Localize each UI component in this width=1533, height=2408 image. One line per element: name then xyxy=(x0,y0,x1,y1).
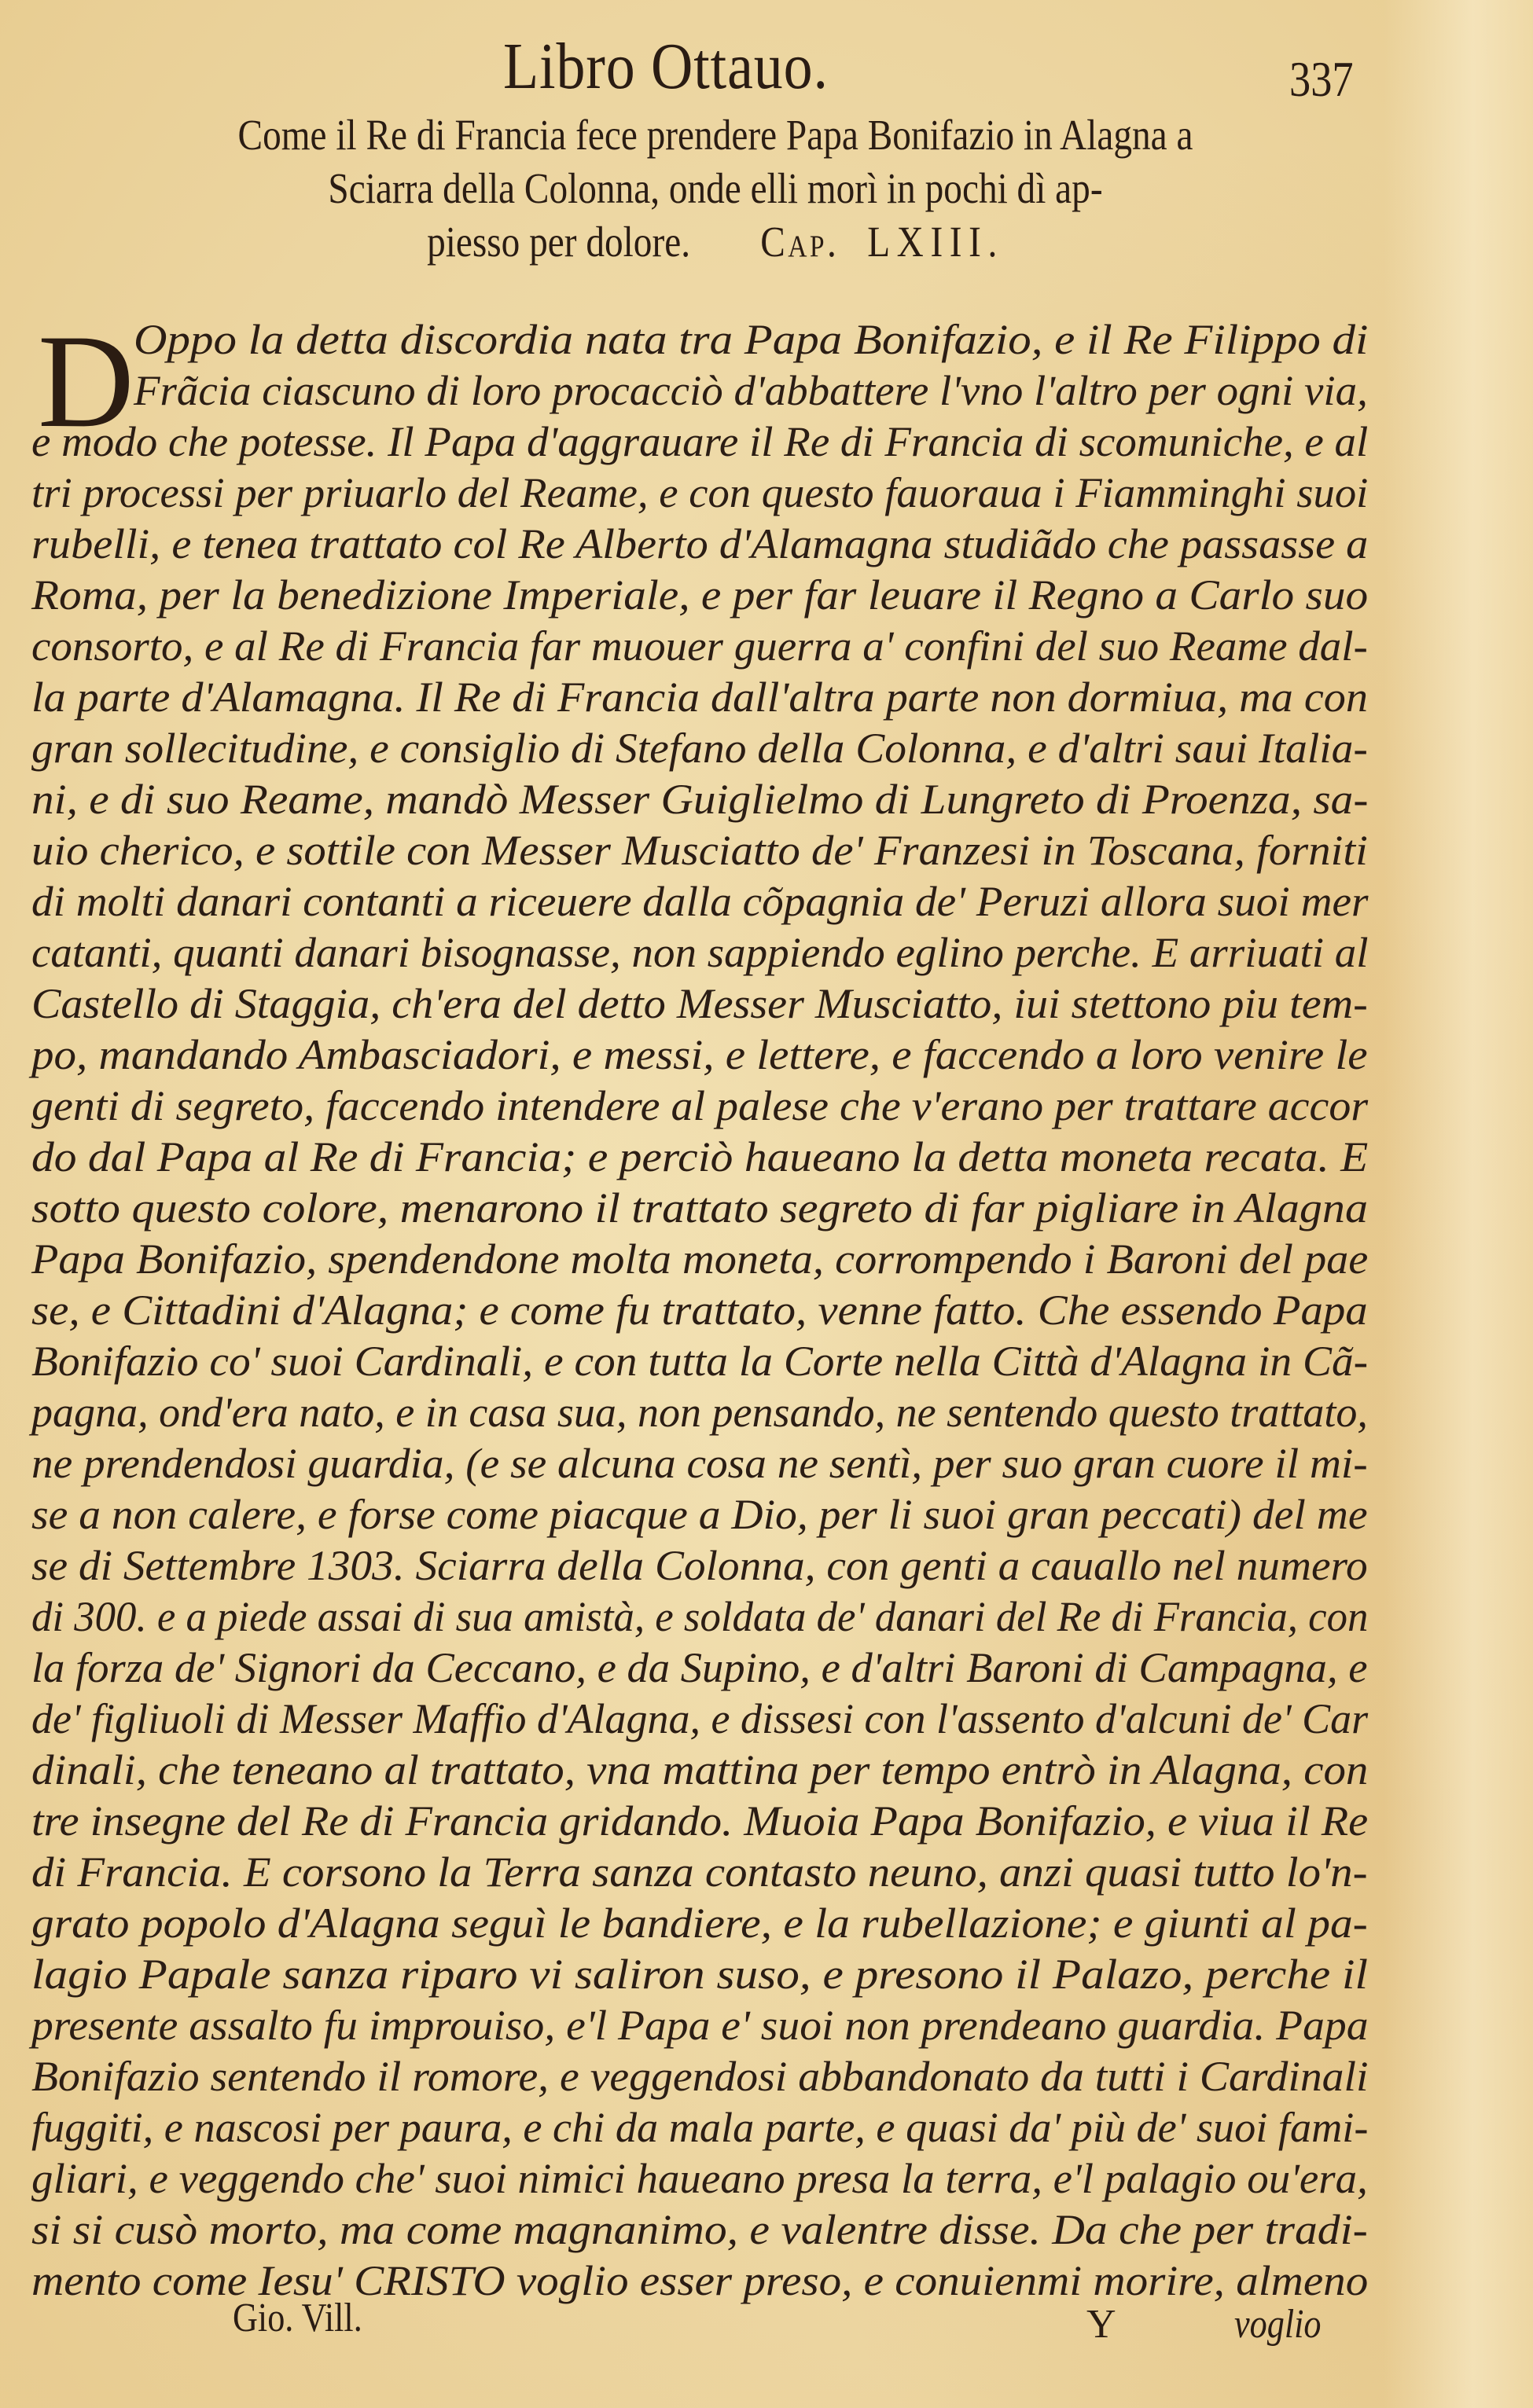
text-line: grato popolo d'Alagna seguì le bandiere,… xyxy=(31,1898,1453,1949)
text-line: Papa Bonifazio, spendendone molta moneta… xyxy=(31,1234,1426,1285)
text-line: la parte d'Alamagna. Il Re di Francia da… xyxy=(31,672,1422,723)
text-line: di 300. e a piede assai di sua amistà, e… xyxy=(31,1591,1338,1643)
text-line: se a non calere, e forse come piacque a … xyxy=(31,1489,1407,1540)
text-line: di Francia. E corsono la Terra sanza con… xyxy=(31,1847,1438,1898)
text-line: ne prendendosi guardia, (e se alcuna cos… xyxy=(31,1438,1401,1489)
text-line: se, e Cittadini d'Alagna; e come fu trat… xyxy=(31,1285,1438,1336)
text-line: catanti, quanti danari bisognasse, non s… xyxy=(31,927,1392,978)
text-line: lagio Papale sanza riparo vi saliron sus… xyxy=(31,1949,1498,2000)
page-number: 337 xyxy=(1289,50,1354,108)
chapter-number: LXIII. xyxy=(867,215,1004,269)
text-line: la forza de' Signori da Ceccano, e da Su… xyxy=(31,1643,1382,1694)
text-line: uio cherico, e sottile con Messer Muscia… xyxy=(31,825,1435,876)
chapter-heading-line-last: piesso per dolore. Cap. LXIII. xyxy=(161,215,1270,269)
text-line: fuggiti, e nascosi per paura, e chi da m… xyxy=(31,2102,1374,2153)
text-line: presente assalto fu improuiso, e'l Papa … xyxy=(31,2000,1407,2051)
signature-line: Gio. Vill. xyxy=(233,2295,362,2341)
chapter-heading-line: piesso per dolore. xyxy=(427,218,690,266)
text-line: Oppo la detta discordia nata tra Papa Bo… xyxy=(31,314,1490,365)
text-line: Bonifazio co' suoi Cardinali, e con tutt… xyxy=(31,1336,1403,1387)
text-line: rubelli, e tenea trattato col Re Alberto… xyxy=(31,519,1425,570)
text-line: do dal Papa al Re di Francia; e perciò h… xyxy=(31,1132,1455,1183)
text-line: di molti danari contanti a riceuere dall… xyxy=(31,876,1399,927)
running-title: Libro Ottauo. xyxy=(503,28,829,105)
text-line: dinali, che teneano al trattato, vna mat… xyxy=(31,1745,1439,1796)
chapter-label: Cap. xyxy=(760,215,839,269)
text-line: se di Settembre 1303. Sciarra della Colo… xyxy=(31,1540,1402,1591)
body-text: D Oppo la detta discordia nata tra Papa … xyxy=(31,314,1368,2307)
catchword: voglio xyxy=(1234,2301,1321,2347)
text-line: Roma, per la benedizione Imperiale, e pe… xyxy=(31,570,1450,621)
text-line: ni, e di suo Reame, mandò Messer Guiglie… xyxy=(31,774,1450,825)
text-line: tri processi per priuarlo del Reame, e c… xyxy=(31,468,1384,519)
text-line: gliari, e veggendo che' suoi nimici haue… xyxy=(31,2153,1390,2204)
page-footer: Gio. Vill. Y voglio xyxy=(0,2295,1533,2358)
text-line: sotto questo colore, menarono il trattat… xyxy=(31,1183,1469,1234)
signature-mark: Y xyxy=(1086,2301,1116,2347)
text-line: e modo che potesse. Il Papa d'aggrauare … xyxy=(31,417,1391,468)
chapter-heading-line: Sciarra della Colonna, onde elli morì in… xyxy=(161,162,1270,215)
text-line: Frãcia ciascuno di loro procacciò d'abba… xyxy=(31,365,1391,417)
text-line: genti di segreto, faccendo intendere al … xyxy=(31,1081,1417,1132)
text-line: de' figliuoli di Messer Maffio d'Alagna,… xyxy=(31,1694,1368,1745)
page-header: Libro Ottauo. 337 xyxy=(0,22,1533,108)
text-line: gran sollecitudine, e consiglio di Stefa… xyxy=(31,723,1405,774)
text-line: tre insegne del Re di Francia gridando. … xyxy=(31,1796,1427,1847)
text-line: pagna, ond'era nato, e in casa sua, non … xyxy=(31,1387,1369,1438)
text-line: Castello di Staggia, ch'era del detto Me… xyxy=(31,978,1420,1030)
text-line: Bonifazio sentendo il romore, e veggendo… xyxy=(31,2051,1410,2102)
text-line: po, mandando Ambasciadori, e messi, e le… xyxy=(31,1030,1443,1081)
text-line: consorto, e al Re di Francia far muouer … xyxy=(31,621,1393,672)
chapter-heading-line: Come il Re di Francia fece prendere Papa… xyxy=(161,108,1270,162)
text-line: si si cusò morto, ma come magnanimo, e v… xyxy=(31,2204,1457,2256)
chapter-heading: Come il Re di Francia fece prendere Papa… xyxy=(71,108,1360,269)
book-page: Libro Ottauo. 337 Come il Re di Francia … xyxy=(0,0,1533,2408)
